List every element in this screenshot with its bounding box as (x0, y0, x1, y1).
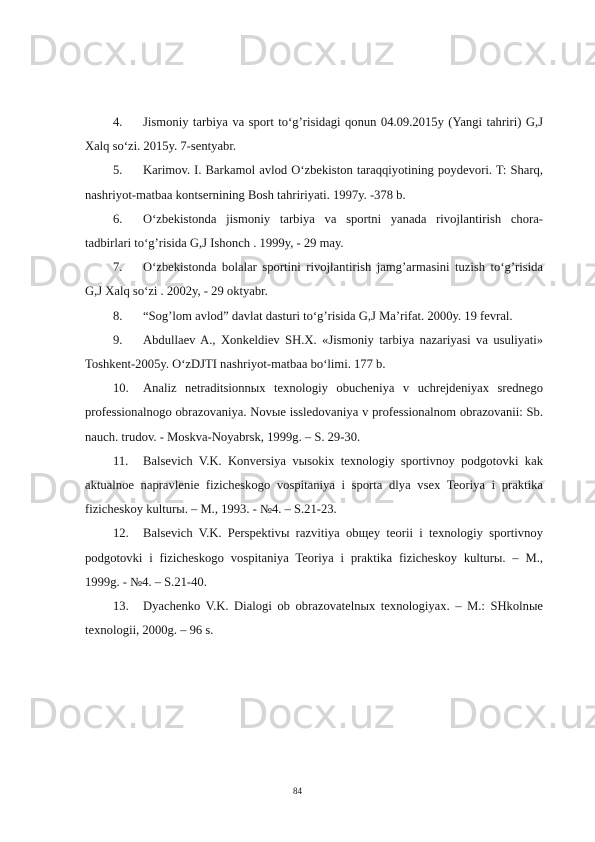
reference-number: 7. (113, 255, 143, 279)
reference-number: 10. (113, 376, 143, 400)
reference-text: Karimov. I. Barkamol avlod O‘zbekiston t… (85, 163, 543, 201)
reference-number: 8. (113, 304, 143, 328)
reference-text: Jismoniy tarbiya va sport to‘g’risidagi … (85, 115, 543, 153)
reference-number: 6. (113, 207, 143, 231)
reference-number: 13. (113, 594, 143, 618)
reference-number: 9. (113, 328, 143, 352)
watermark: Docx.uz (237, 694, 394, 735)
reference-text: Balsevich V.K. Perspektivы razvitiya obщ… (85, 526, 543, 588)
reference-number: 12. (113, 521, 143, 545)
reference-text: Analiz netraditsionnых texnologiy obuche… (85, 381, 543, 443)
reference-item: 6.O‘zbekistonda jismoniy tarbiya va spor… (85, 207, 543, 255)
watermark: Docx.uz (447, 31, 595, 72)
reference-number: 11. (113, 449, 143, 473)
reference-text: Balsevich V.K. Konversiya vыsokix texnol… (85, 454, 543, 516)
reference-item: 12.Balsevich V.K. Perspektivы razvitiya … (85, 521, 543, 594)
reference-number: 4. (113, 110, 143, 134)
reference-item: 9.Abdullaev A., Xonkeldiev SH.X. «Jismon… (85, 328, 543, 376)
reference-item: 13.Dyachenko V.K. Dialogi ob obrazovatel… (85, 594, 543, 642)
reference-item: 7.O‘zbekistonda bolalar sportini rivojla… (85, 255, 543, 303)
reference-item: 11.Balsevich V.K. Konversiya vыsokix tex… (85, 449, 543, 522)
reference-number: 5. (113, 158, 143, 182)
reference-text: Abdullaev A., Xonkeldiev SH.X. «Jismoniy… (85, 333, 543, 371)
reference-item: 5.Karimov. I. Barkamol avlod O‘zbekiston… (85, 158, 543, 206)
reference-item: 10.Analiz netraditsionnых texnologiy obu… (85, 376, 543, 449)
page-number: 84 (0, 786, 595, 796)
reference-text: Dyachenko V.K. Dialogi ob obrazovatelnых… (85, 599, 543, 637)
reference-text: O‘zbekistonda bolalar sportini rivojlant… (85, 260, 543, 298)
reference-text: “Sog’lom avlod” davlat dasturi to‘g’risi… (143, 309, 513, 323)
watermark: Docx.uz (237, 31, 394, 72)
reference-item: 8.“Sog’lom avlod” davlat dasturi to‘g’ri… (85, 304, 543, 328)
reference-text: O‘zbekistonda jismoniy tarbiya va sportn… (85, 212, 543, 250)
watermark: Docx.uz (27, 694, 184, 735)
watermark: Docx.uz (447, 694, 595, 735)
watermark: Docx.uz (27, 31, 184, 72)
reference-item: 4.Jismoniy tarbiya va sport to‘g’risidag… (85, 110, 543, 158)
reference-list: 4.Jismoniy tarbiya va sport to‘g’risidag… (85, 110, 543, 642)
